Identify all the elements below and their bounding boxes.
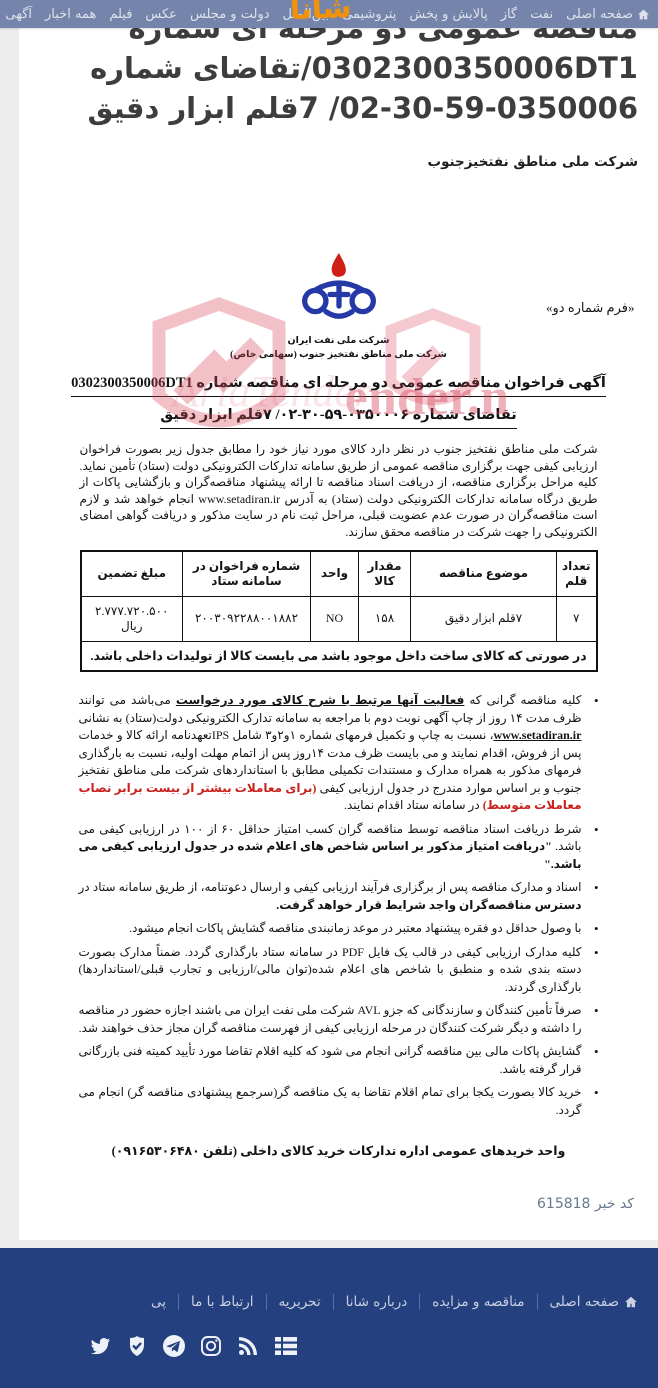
table-note: در صورتی که کالای ساخت داخل موجود باشد م…: [81, 641, 597, 671]
social-links: [88, 1334, 658, 1358]
footer-editorial[interactable]: تحریریه: [266, 1294, 333, 1310]
footer: صفحه اصلی مناقصه و مزایده درباره شانا تح…: [0, 1248, 658, 1388]
footer-tenders-auctions[interactable]: مناقصه و مزایده: [419, 1294, 536, 1310]
home-icon: [637, 8, 650, 21]
nioc-logo: [298, 252, 380, 328]
col-unit: واحد: [311, 551, 359, 596]
col-item-count: تعداد قلم: [557, 551, 597, 596]
cell-guarantee: ۲.۷۷۷.۷۲۰.۵۰۰ ریال: [81, 596, 183, 641]
footer-links[interactable]: پی: [139, 1294, 178, 1310]
news-code: کد خبر 615818: [19, 1196, 634, 1212]
col-call-number: شماره فراخوان در سامانه ستاد: [183, 551, 311, 596]
nav-home[interactable]: صفحه اصلی: [566, 7, 650, 22]
telegram-icon[interactable]: [162, 1334, 186, 1358]
doc-intro-paragraph: شرکت ملی مناطق نفتخیز جنوب در نظر دارد ک…: [80, 441, 598, 540]
col-quantity: مقدار کالا: [359, 551, 411, 596]
list-icon[interactable]: [273, 1334, 297, 1358]
col-subject: موضوع مناقصه: [411, 551, 557, 596]
conditions-list: کلیه مناقصه گرانی که فعالیت آنها مرتبط ب…: [79, 692, 599, 1119]
org-name-1: شرکت ملی نفت ایران: [41, 335, 637, 346]
shana-logo[interactable]: شانا: [289, 0, 351, 26]
table-note-row: در صورتی که کالای ساخت داخل موجود باشد م…: [81, 641, 597, 671]
cell-unit: NO: [311, 596, 359, 641]
doc-heading-1: آگهی فراخوان مناقصه عمومی دو مرحله ای من…: [41, 374, 637, 397]
nav-gas[interactable]: گاز: [501, 7, 517, 22]
twitter-icon[interactable]: [88, 1334, 112, 1358]
article-source: شرکت ملی مناطق نفتخیزجنوب: [19, 154, 638, 170]
table-data-row: ۷ ۷قلم ابزار دقیق ۱۵۸ NO ۲۰۰۳۰۹۲۲۸۸۰۰۱۸۸…: [81, 596, 597, 641]
rss-icon[interactable]: [236, 1334, 260, 1358]
form-number-note: «فرم شماره دو»: [546, 300, 634, 316]
nav-all-news[interactable]: همه اخبار: [45, 7, 96, 22]
news-code-label: کد خبر: [595, 1196, 634, 1212]
list-item: خرید کالا بصورت یکجا برای تمام اقلام تقا…: [79, 1084, 599, 1119]
home-icon: [624, 1295, 638, 1309]
cell-quantity: ۱۵۸: [359, 596, 411, 641]
tender-table: تعداد قلم موضوع مناقصه مقدار کالا واحد ش…: [80, 550, 598, 672]
nav-government-parliament[interactable]: دولت و مجلس: [190, 7, 270, 22]
shield-check-icon[interactable]: [125, 1334, 149, 1358]
nav-photo[interactable]: عکس: [145, 7, 177, 22]
cell-subject: ۷قلم ابزار دقیق: [411, 596, 557, 641]
cell-call-number: ۲۰۰۳۰۹۲۲۸۸۰۰۱۸۸۲: [183, 596, 311, 641]
nav-ads[interactable]: آگهی: [5, 7, 32, 22]
list-item: شرط دریافت اسناد مناقصه توسط مناقصه گران…: [79, 821, 599, 874]
nav-film[interactable]: فیلم: [109, 7, 132, 22]
footer-menu: صفحه اصلی مناقصه و مزایده درباره شانا تح…: [0, 1294, 658, 1310]
nav-home-label: صفحه اصلی: [566, 7, 633, 22]
list-item: کلیه مناقصه گرانی که فعالیت آنها مرتبط ب…: [79, 692, 599, 815]
table-header-row: تعداد قلم موضوع مناقصه مقدار کالا واحد ش…: [81, 551, 597, 596]
doc-heading-2: تقاضای شماره ۰۳۵۰۰۰۶-۵۹-۳۰-۰۲/ ۷قلم ابزا…: [41, 406, 637, 429]
list-item: کلیه مدارک ارزیابی کیفی در قالب یک فایل …: [79, 944, 599, 997]
list-item: صرفاً تأمین کنندگان و سازندگانی که جزو A…: [79, 1002, 599, 1037]
article-card: مناقصه عمومی دو مرحله ای شماره 030230035…: [19, 0, 658, 1240]
footer-about-shana[interactable]: درباره شانا: [333, 1294, 420, 1310]
list-item: با وصول حداقل دو فقره پیشنهاد معتبر در م…: [79, 920, 599, 938]
col-guarantee: مبلغ تضمین: [81, 551, 183, 596]
list-item: اسناد و مدارک مناقصه پس از برگزاری فرآین…: [79, 879, 599, 914]
footer-contact-us[interactable]: ارتباط با ما: [178, 1294, 266, 1310]
news-code-value: 615818: [537, 1196, 590, 1212]
org-name-2: شرکت ملی مناطق نفتخیز جنوب (سهامی خاص): [41, 349, 637, 360]
tender-document-scan: AriaTender ender.n «فرم شماره دو»: [41, 250, 637, 1159]
cell-item-count: ۷: [557, 596, 597, 641]
instagram-icon[interactable]: [199, 1334, 223, 1358]
doc-signature: واحد خریدهای عمومی اداره تدارکات خرید کا…: [41, 1143, 637, 1159]
nav-refining[interactable]: پالایش و پخش: [409, 7, 487, 22]
nav-oil[interactable]: نفت: [530, 7, 553, 22]
list-item: گشایش پاکات مالی بین مناقصه گرانی انجام …: [79, 1043, 599, 1078]
footer-home[interactable]: صفحه اصلی: [537, 1294, 650, 1310]
